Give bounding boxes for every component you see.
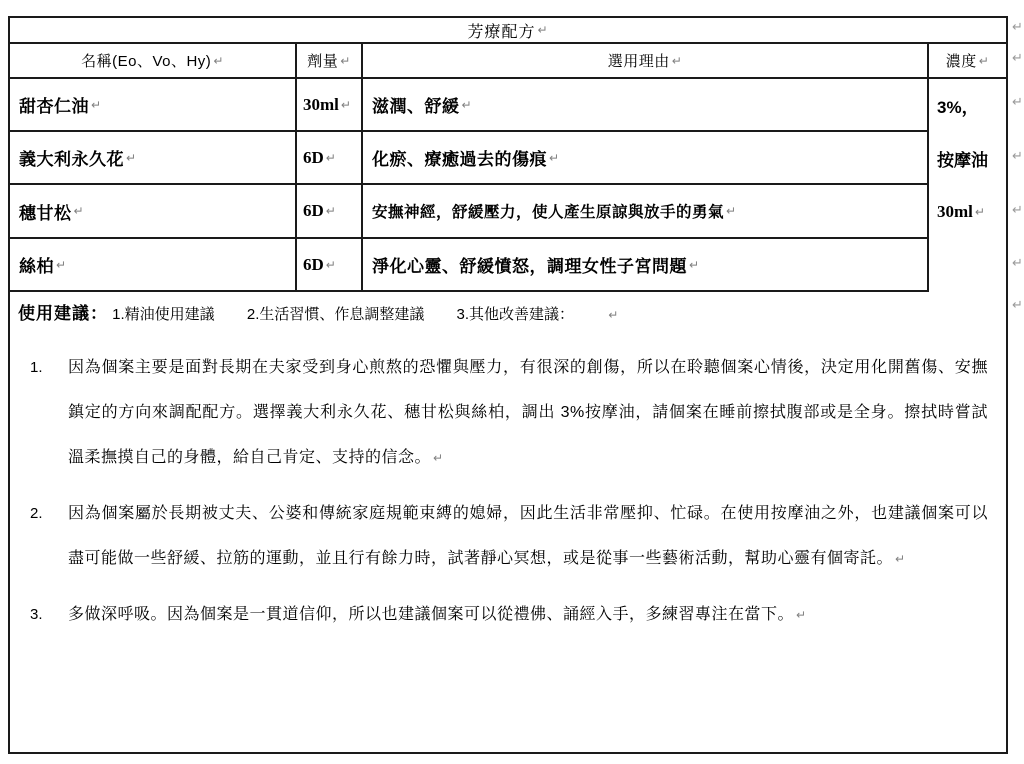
concentration-line: 按摩油 (937, 132, 1006, 185)
row-end-mark: ↵ (1012, 256, 1023, 271)
dose-value: 30ml (303, 95, 339, 115)
row-end-mark: ↵ (1012, 51, 1023, 66)
column-header-dose: 劑量 ↵ (297, 44, 363, 79)
suggestions-list: 1. 因為個案主要是面對長期在夫家受到身心煎熬的恐懼與壓力，有很深的創傷，所以在… (18, 345, 990, 638)
suggestions-heading: 使用建議： 1.精油使用建議 2.生活習慣、作息調整建議 3.其他改善建議： ↵ (18, 302, 990, 327)
row-end-mark: ↵ (1012, 20, 1023, 35)
list-item: 2. 因為個案屬於長期被丈夫、公婆和傳統家庭規範束縛的媳婦，因此生活非常壓抑、忙… (18, 491, 990, 582)
list-item-number: 2. (30, 491, 43, 536)
reason-text: 化瘀、療癒過去的傷痕 (372, 145, 547, 170)
reason-text: 淨化心靈、舒緩憤怒，調理女性子宮問題 (372, 252, 687, 277)
suggestion-category: 3.其他改善建議： (457, 306, 575, 323)
paragraph-return-mark: ↵ (341, 98, 351, 112)
list-item-text: 因為個案主要是面對長期在夫家受到身心煎熬的恐懼與壓力，有很深的創傷，所以在聆聽個… (18, 345, 990, 481)
paragraph-return-mark: ↵ (462, 98, 473, 112)
concentration-merged-cell: 3%， 按摩油 30ml ↵ (929, 79, 1006, 292)
reason-text: 滋潤、舒緩 (372, 92, 460, 117)
table-row-reason: 滋潤、舒緩 ↵ (363, 79, 929, 132)
dose-value: 6D (303, 148, 324, 168)
table-row-reason: 安撫神經，舒緩壓力，使人產生原諒與放手的勇氣 ↵ (363, 185, 929, 239)
list-item-body: 多做深呼吸。因為個案是一貫道信仰，所以也建議個案可以從禮佛、誦經入手，多練習專注… (68, 606, 794, 623)
paragraph-return-mark: ↵ (726, 204, 737, 218)
suggestion-category: 1.精油使用建議 (112, 306, 215, 323)
paragraph-return-mark: ↵ (608, 308, 618, 322)
paragraph-return-mark: ↵ (213, 54, 224, 68)
concentration-medium: 按摩油 (937, 146, 988, 171)
table-row-ingredient-name: 甜杏仁油 ↵ (10, 79, 297, 132)
column-header-reason-label: 選用理由 (608, 50, 670, 71)
concentration-percent: 3%， (937, 93, 979, 118)
table-row-ingredient-name: 穗甘松 ↵ (10, 185, 297, 239)
table-title-cell: 芳療配方 ↵ (10, 18, 1006, 44)
paragraph-return-mark: ↵ (326, 204, 336, 218)
column-header-reason: 選用理由 ↵ (363, 44, 929, 79)
paragraph-return-mark: ↵ (74, 204, 85, 218)
reason-text: 安撫神經，舒緩壓力，使人產生原諒與放手的勇氣 (372, 200, 724, 222)
table-row-dose: 6D ↵ (297, 132, 363, 185)
list-item-body: 因為個案主要是面對長期在夫家受到身心煎熬的恐懼與壓力，有很深的創傷，所以在聆聽個… (68, 359, 988, 466)
list-item: 1. 因為個案主要是面對長期在夫家受到身心煎熬的恐懼與壓力，有很深的創傷，所以在… (18, 345, 990, 481)
suggestion-category: 2.生活習慣、作息調整建議 (247, 306, 425, 323)
paragraph-return-mark: ↵ (975, 205, 985, 219)
column-header-dose-label: 劑量 (307, 50, 338, 71)
row-end-mark: ↵ (1012, 149, 1023, 164)
ingredient-name: 義大利永久花 (19, 145, 124, 170)
suggestions-label: 使用建議： (18, 304, 108, 323)
paragraph-return-mark: ↵ (549, 151, 560, 165)
paragraph-return-mark: ↵ (91, 98, 102, 112)
list-item: 3. 多做深呼吸。因為個案是一貫道信仰，所以也建議個案可以從禮佛、誦經入手，多練… (18, 592, 990, 638)
list-item-number: 3. (30, 592, 43, 637)
list-item-number: 1. (30, 345, 43, 390)
paragraph-return-mark: ↵ (56, 258, 67, 272)
document-page: 芳療配方 ↵ 名稱(Eo、Vo、Hy) ↵ 劑量 ↵ 選用理由 ↵ 濃度 ↵ 甜… (0, 0, 1024, 764)
paragraph-return-mark: ↵ (979, 54, 990, 68)
table-row-dose: 30ml ↵ (297, 79, 363, 132)
row-end-mark: ↵ (1012, 298, 1023, 313)
row-end-mark: ↵ (1012, 203, 1023, 218)
list-item-body: 因為個案屬於長期被丈夫、公婆和傳統家庭規範束縛的媳婦，因此生活非常壓抑、忙碌。在… (68, 505, 988, 567)
concentration-line: 3%， (937, 79, 1006, 132)
table-row-reason: 化瘀、療癒過去的傷痕 ↵ (363, 132, 929, 185)
table-row-dose: 6D ↵ (297, 239, 363, 292)
paragraph-return-mark: ↵ (126, 151, 137, 165)
table-row-dose: 6D ↵ (297, 185, 363, 239)
row-end-mark: ↵ (1012, 95, 1023, 110)
usage-suggestions-cell: 使用建議： 1.精油使用建議 2.生活習慣、作息調整建議 3.其他改善建議： ↵… (10, 292, 1006, 752)
paragraph-return-mark: ↵ (672, 54, 683, 68)
ingredient-name: 絲柏 (19, 252, 54, 277)
paragraph-return-mark: ↵ (895, 552, 906, 566)
column-header-name: 名稱(Eo、Vo、Hy) ↵ (10, 44, 297, 79)
concentration-volume: 30ml (937, 202, 973, 222)
column-header-concentration: 濃度 ↵ (929, 44, 1006, 79)
paragraph-return-mark: ↵ (689, 258, 700, 272)
ingredient-name: 甜杏仁油 (19, 92, 89, 117)
list-item-text: 多做深呼吸。因為個案是一貫道信仰，所以也建議個案可以從禮佛、誦經入手，多練習專注… (18, 592, 990, 638)
dose-value: 6D (303, 255, 324, 275)
column-header-concentration-label: 濃度 (946, 50, 977, 71)
aromatherapy-formula-table: 芳療配方 ↵ 名稱(Eo、Vo、Hy) ↵ 劑量 ↵ 選用理由 ↵ 濃度 ↵ 甜… (8, 16, 1008, 754)
concentration-line: 30ml ↵ (937, 185, 1006, 238)
paragraph-return-mark: ↵ (537, 23, 548, 37)
column-header-name-label: 名稱(Eo、Vo、Hy) (81, 50, 211, 71)
paragraph-return-mark: ↵ (433, 451, 444, 465)
paragraph-return-mark: ↵ (796, 608, 807, 622)
table-row-ingredient-name: 義大利永久花 ↵ (10, 132, 297, 185)
table-row-reason: 淨化心靈、舒緩憤怒，調理女性子宮問題 ↵ (363, 239, 929, 292)
dose-value: 6D (303, 201, 324, 221)
table-row-ingredient-name: 絲柏 ↵ (10, 239, 297, 292)
list-item-text: 因為個案屬於長期被丈夫、公婆和傳統家庭規範束縛的媳婦，因此生活非常壓抑、忙碌。在… (18, 491, 990, 582)
paragraph-return-mark: ↵ (326, 258, 336, 272)
paragraph-return-mark: ↵ (326, 151, 336, 165)
paragraph-return-mark: ↵ (340, 54, 351, 68)
table-title: 芳療配方 (467, 19, 535, 42)
ingredient-name: 穗甘松 (19, 199, 72, 224)
